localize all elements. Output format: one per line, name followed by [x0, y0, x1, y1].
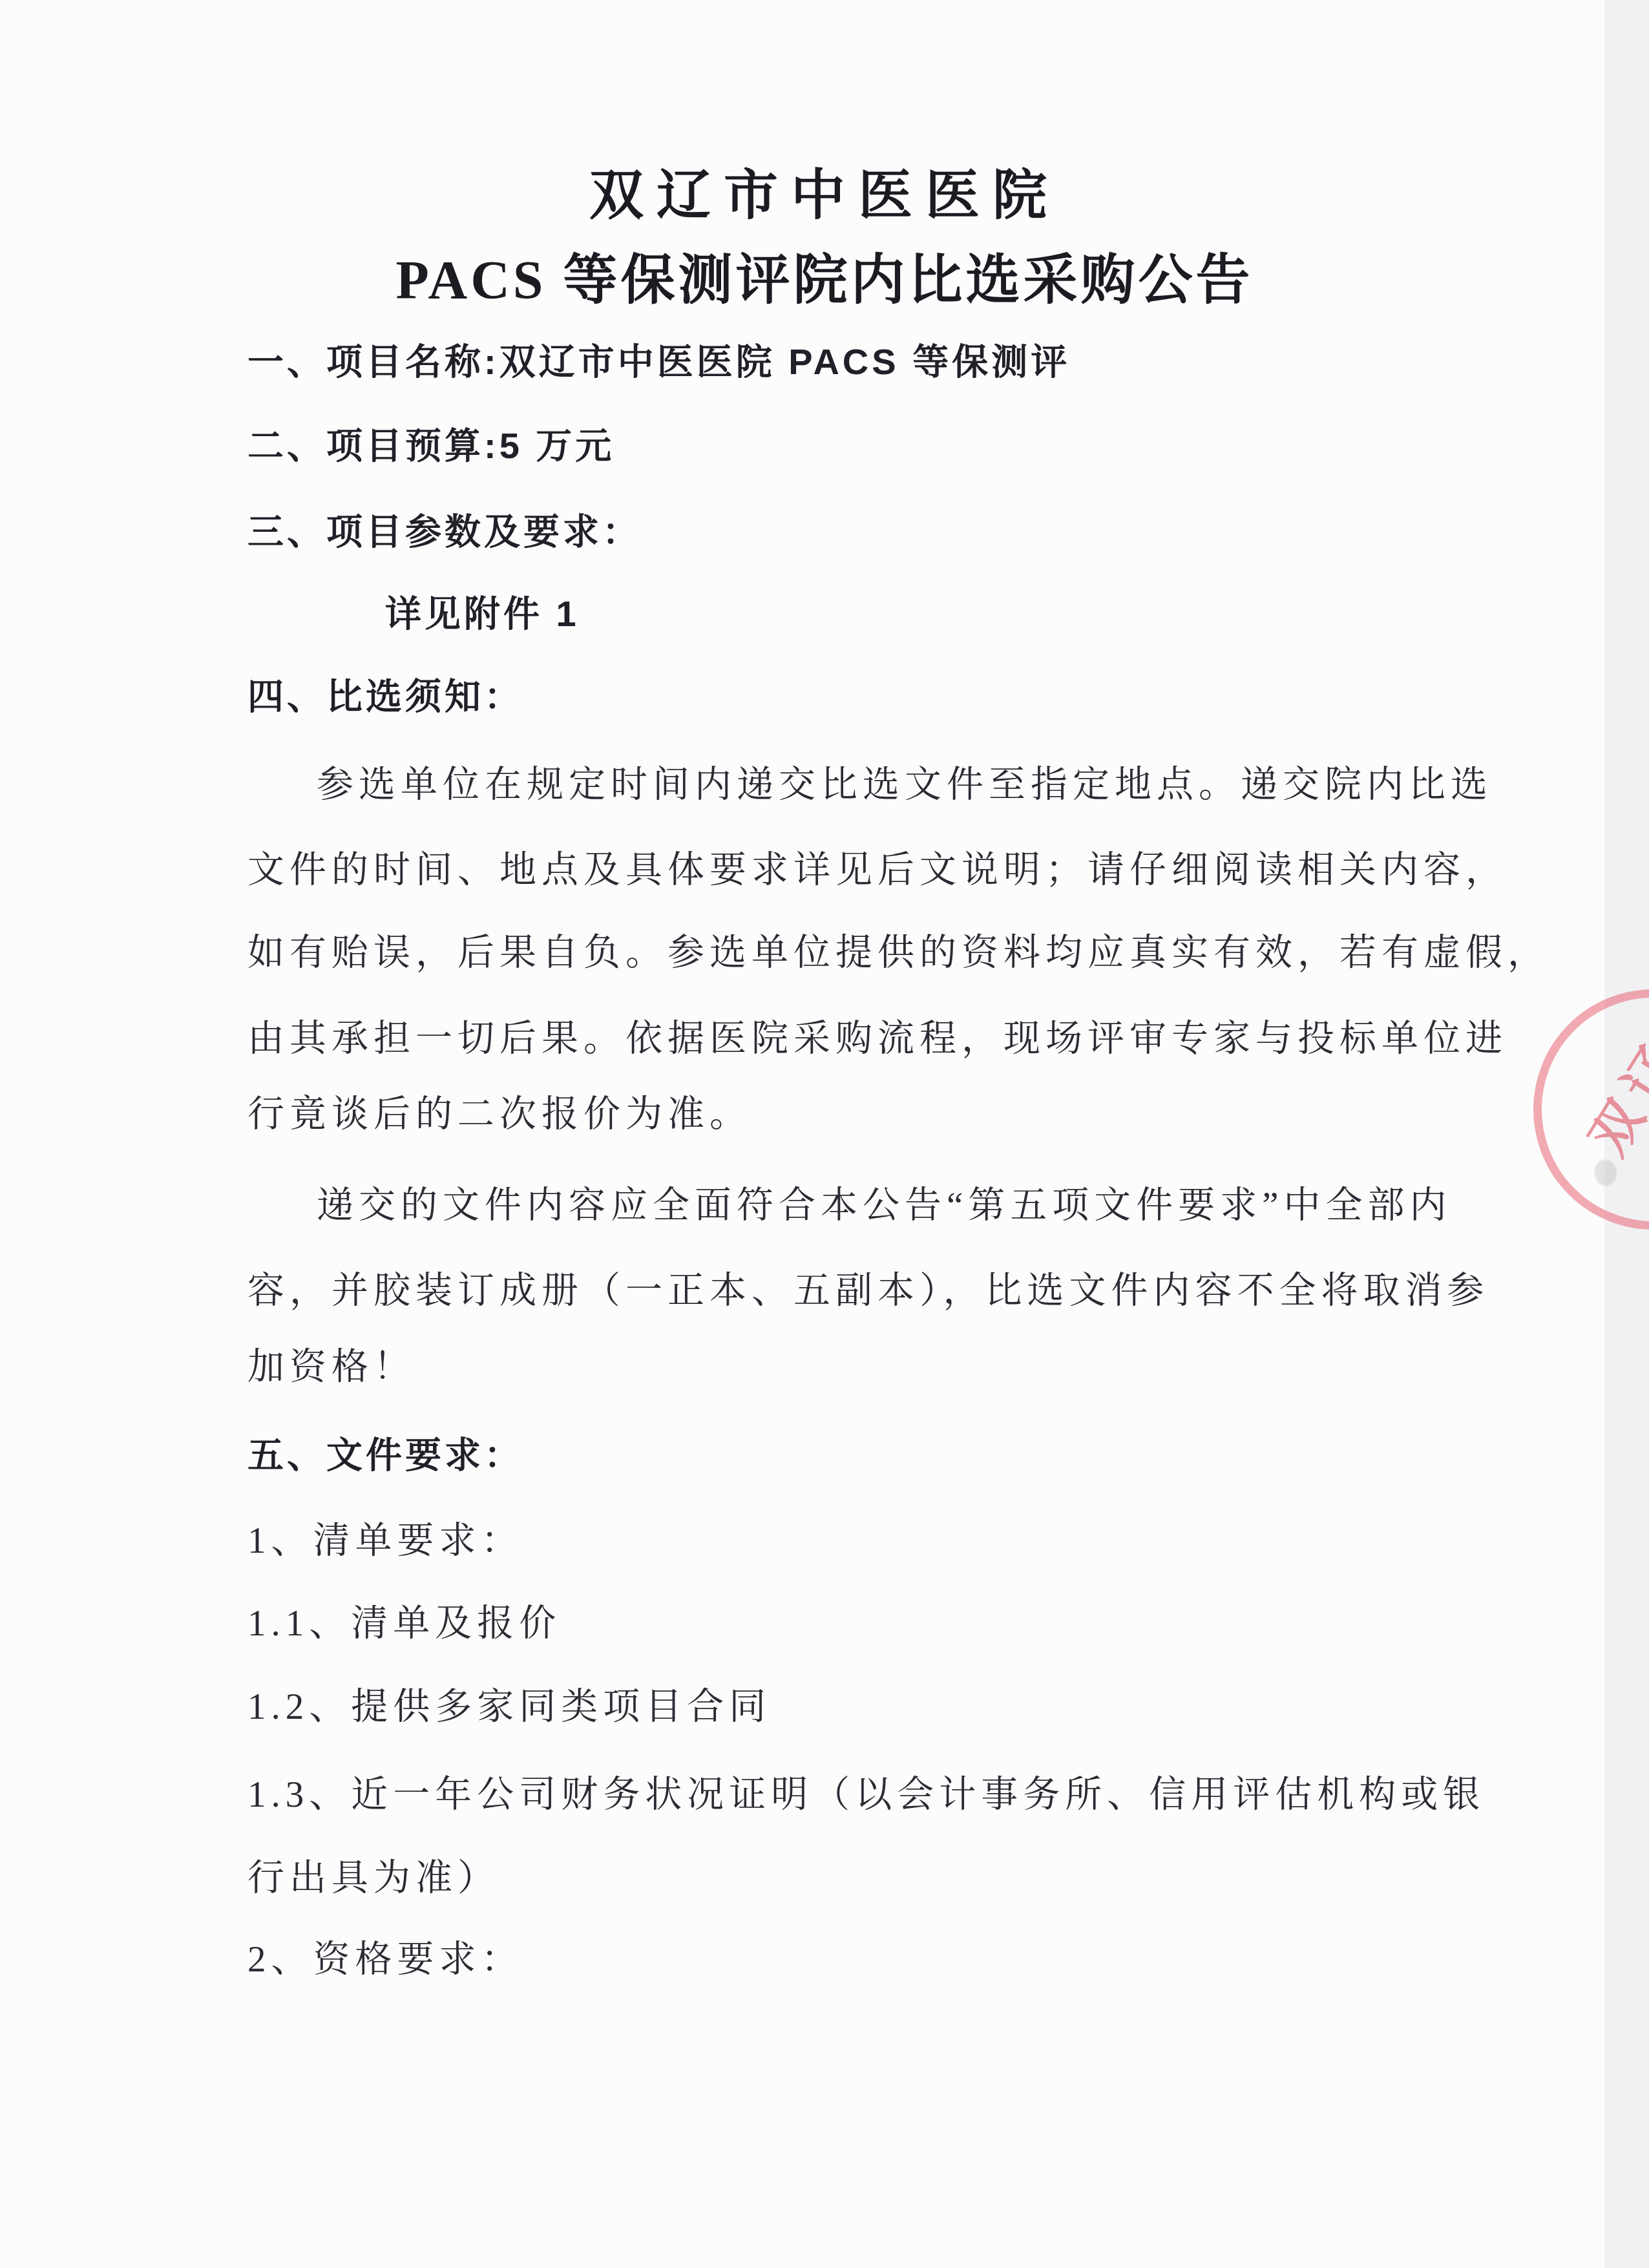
- paragraph-1-line-5: 行竟谈后的二次报价为准。: [247, 1089, 751, 1140]
- scanned-document-page: 双辽市中医医院 PACS 等保测评院内比选采购公告 一、项目名称:双辽市中医医院…: [0, 0, 1649, 2268]
- paragraph-1-line-2: 文件的时间、地点及具体要求详见后文说明；请仔细阅读相关内容，: [247, 845, 1507, 896]
- paragraph-2-line-2: 容，并胶装订成册（一正本、五副本），比选文件内容不全将取消参: [247, 1265, 1489, 1317]
- section-3-project-parameters: 三、项目参数及要求：: [247, 506, 642, 558]
- document-title-line-1: 双辽市中医医院: [0, 161, 1649, 232]
- list-item-2-qualification-requirements: 2、资格要求：: [247, 1934, 523, 1986]
- paragraph-1-line-3: 如有贻误，后果自负。参选单位提供的资料均应真实有效，若有虚假，: [247, 927, 1549, 979]
- paragraph-1-line-4: 由其承担一切后果。依据医院采购流程，现场评审专家与投标单位进: [247, 1013, 1507, 1065]
- document-title-line-2: PACS 等保测评院内比选采购公告: [0, 246, 1649, 317]
- scan-smudge: [1595, 1160, 1617, 1186]
- paragraph-1-line-1: 参选单位在规定时间内递交比选文件至指定地点。递交院内比选: [317, 759, 1493, 811]
- list-item-1-checklist-requirements: 1、清单要求：: [247, 1515, 523, 1567]
- list-item-1-2-similar-project-contracts: 1.2、提供多家同类项目合同: [247, 1681, 771, 1733]
- list-item-1-1-checklist-and-quote: 1.1、清单及报价: [247, 1598, 561, 1650]
- hospital-red-seal: 双辽: [1533, 989, 1649, 1230]
- section-3-attachment-note: 详见附件 1: [385, 588, 580, 640]
- paragraph-2-line-1: 递交的文件内容应全面符合本公告“第五项文件要求”中全部内: [317, 1180, 1452, 1232]
- seal-text: 双辽: [1568, 1022, 1649, 1167]
- section-4-selection-notice: 四、比选须知：: [247, 671, 523, 722]
- section-2-project-budget: 二、项目预算:5 万元: [247, 420, 614, 472]
- section-5-document-requirements: 五、文件要求：: [247, 1429, 523, 1481]
- paragraph-2-line-3: 加资格！: [247, 1341, 415, 1393]
- list-item-1-3-financial-status-proof: 1.3、近一年公司财务状况证明（以会计事务所、信用评估机构或银: [247, 1769, 1485, 1821]
- section-1-project-name: 一、项目名称:双辽市中医医院 PACS 等保测评: [247, 336, 1070, 388]
- list-item-1-3-continuation: 行出具为准）: [247, 1853, 499, 1904]
